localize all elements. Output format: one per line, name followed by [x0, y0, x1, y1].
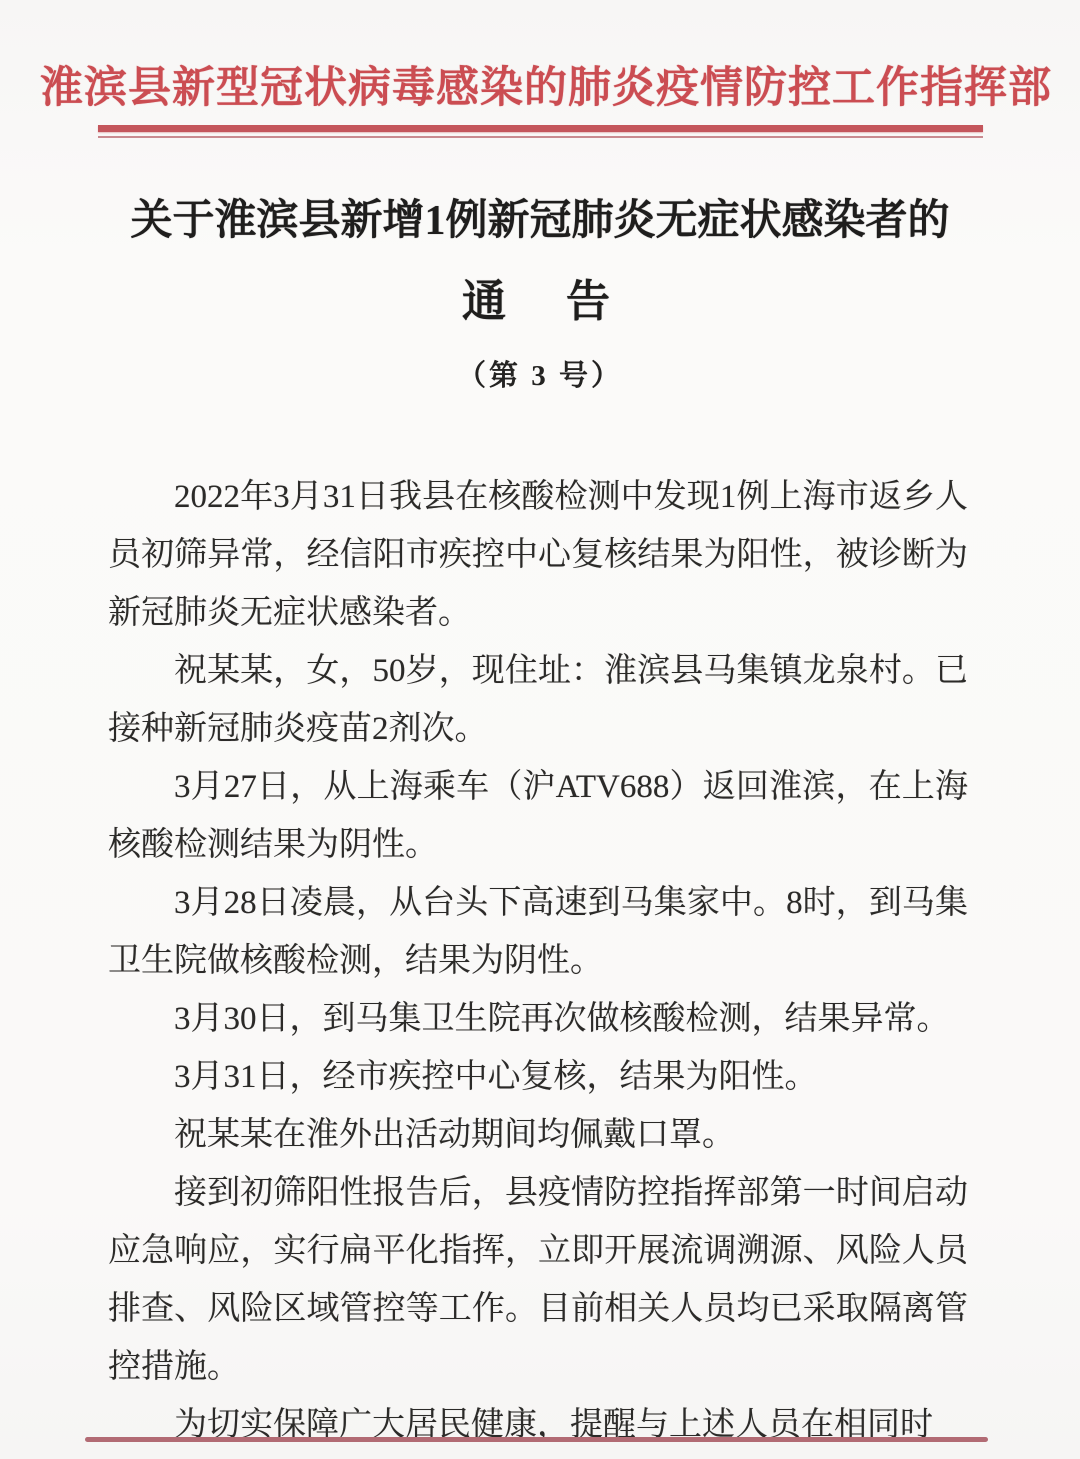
letterhead-divider-thick-line	[98, 125, 983, 132]
document-number: （第 3 号）	[0, 353, 1080, 394]
document-title-second-line: 通 告	[0, 265, 1080, 329]
paragraph: 3月27日，从上海乘车（沪ATV688）返回淮滨，在上海核酸检测结果为阴性。	[108, 758, 968, 874]
letterhead-divider	[98, 125, 983, 138]
paragraph: 3月28日凌晨，从台头下高速到马集家中。8时，到马集卫生院做核酸检测，结果为阴性…	[108, 874, 968, 990]
paragraph: 祝某某在淮外出活动期间均佩戴口罩。	[108, 1106, 968, 1164]
paragraph: 接到初筛阳性报告后，县疫情防控指挥部第一时间启动应急响应，实行扁平化指挥，立即开…	[108, 1164, 968, 1396]
document-title: 关于淮滨县新增1例新冠肺炎无症状感染者的	[60, 192, 1020, 251]
bottom-divider	[85, 1437, 988, 1442]
scanned-notice-page: 淮滨县新型冠状病毒感染的肺炎疫情防控工作指挥部 关于淮滨县新增1例新冠肺炎无症状…	[0, 0, 1080, 1459]
paragraph: 为切实保障广大居民健康，提醒与上述人员在相同时	[108, 1396, 968, 1454]
paragraph: 3月31日，经市疾控中心复核，结果为阳性。	[108, 1048, 968, 1106]
letterhead-divider-thin-line	[98, 136, 983, 138]
paragraph: 2022年3月31日我县在核酸检测中发现1例上海市返乡人员初筛异常，经信阳市疾控…	[108, 468, 968, 642]
paragraph: 3月30日，到马集卫生院再次做核酸检测，结果异常。	[108, 990, 968, 1048]
document-body: 2022年3月31日我县在核酸检测中发现1例上海市返乡人员初筛异常，经信阳市疾控…	[108, 468, 968, 1454]
paragraph: 祝某某，女，50岁，现住址：淮滨县马集镇龙泉村。已接种新冠肺炎疫苗2剂次。	[108, 642, 968, 758]
letterhead-organization: 淮滨县新型冠状病毒感染的肺炎疫情防控工作指挥部	[40, 54, 1040, 115]
